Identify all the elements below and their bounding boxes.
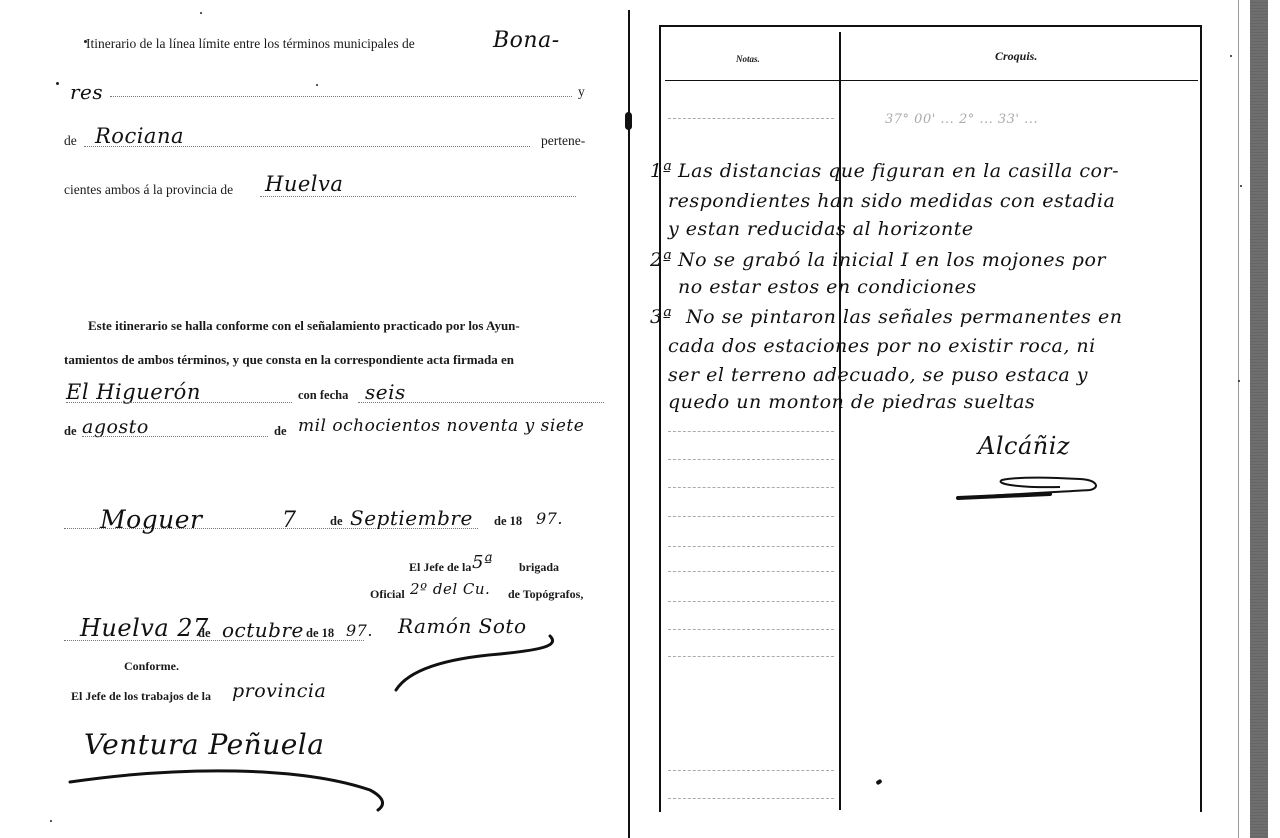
municipality1-handwritten-part1: Bona- <box>493 28 560 53</box>
note-number: 3ª <box>650 306 672 328</box>
fill-line <box>260 196 576 197</box>
jefe-trabajos-label: El Jefe de los trabajos de la <box>71 689 211 704</box>
province-handwritten: Huelva <box>265 172 343 196</box>
notas-ruled-line <box>668 546 834 547</box>
fill-line <box>66 402 292 403</box>
notas-ruled-line <box>668 798 834 799</box>
brigade-number-handwritten: 5ª <box>472 552 493 573</box>
year-prefix: de 18 <box>494 514 522 529</box>
signature-ventura-penuela: Ventura Peñuela <box>84 728 324 761</box>
province-intro-text: cientes ambos á la provincia de <box>64 182 233 198</box>
notas-ruled-line <box>668 656 834 657</box>
faint-coordinate-marking: 37° 00' ... 2° ... 33' ... <box>885 112 1038 127</box>
ink-mark <box>875 779 882 786</box>
de-label-2: de <box>274 424 287 439</box>
date-month-handwritten: Septiembre <box>350 506 473 530</box>
page-edge-shadow <box>1250 0 1268 838</box>
note-number: 1ª <box>650 160 672 182</box>
scan-speck <box>50 820 52 822</box>
note-line: respondientes han sido medidas con estad… <box>668 190 1115 212</box>
fill-line <box>82 436 268 437</box>
notas-ruled-line <box>668 601 834 602</box>
signature-flourish-icon <box>390 628 570 698</box>
signature-alcaniz: Alcáñiz <box>978 432 1070 460</box>
notas-column-header: Notas. <box>736 54 760 64</box>
provincia-handwritten: provincia <box>232 680 326 702</box>
de-label: de <box>64 133 77 149</box>
conjunction-y: y <box>578 84 585 100</box>
notas-ruled-line <box>668 516 834 517</box>
binding-ink-spot <box>625 112 632 130</box>
table-top-border <box>659 25 1201 27</box>
notas-ruled-line <box>668 459 834 460</box>
note-line: ser el terreno adecuado, se puso estaca … <box>668 364 1088 386</box>
note-line: quedo un monton de piedras sueltas <box>668 391 1035 413</box>
notas-ruled-line <box>668 571 834 572</box>
topografos-label: de Topógrafos, <box>508 587 583 602</box>
oficial-rank-handwritten: 2º del Cu. <box>410 580 490 598</box>
page-edge-line <box>1238 0 1239 838</box>
municipality1-handwritten-part2: res <box>70 80 103 104</box>
table-header-divider <box>665 80 1198 81</box>
scan-speck <box>200 12 202 14</box>
date-day-handwritten: 7 <box>282 508 297 533</box>
scan-speck <box>84 40 87 43</box>
itinerary-intro-text: Itinerario de la línea límite entre los … <box>86 36 415 52</box>
notas-ruled-line <box>668 487 834 488</box>
pertene-label: pertene- <box>541 133 585 149</box>
notas-ruled-line <box>668 629 834 630</box>
scan-speck <box>56 82 59 85</box>
con-fecha-label: con fecha <box>298 388 348 403</box>
de-label: de <box>198 626 211 641</box>
binding-line <box>628 10 630 838</box>
jefe-brigada-label-suffix: brigada <box>519 560 559 575</box>
fill-line <box>84 146 530 147</box>
acta-day-handwritten: seis <box>365 380 406 404</box>
huelva-date-handwritten: Huelva 27 <box>80 614 209 642</box>
note-line: Las distancias que figuran en la casilla… <box>678 160 1119 182</box>
note-line: No se pintaron las señales permanentes e… <box>686 306 1122 328</box>
acta-place-handwritten: El Higuerón <box>66 380 201 404</box>
acta-month-handwritten: agosto <box>82 416 149 438</box>
note-line: No se grabó la inicial I en los mojones … <box>678 249 1106 271</box>
notas-ruled-line <box>668 431 834 432</box>
scan-speck <box>316 84 318 86</box>
conformity-text-line2: tamientos de ambos términos, y que const… <box>64 352 514 368</box>
year-suffix-handwritten: 97. <box>536 509 563 528</box>
note-line: y estan reducidas al horizonte <box>668 218 974 240</box>
table-right-border <box>1200 25 1202 812</box>
month-handwritten: octubre <box>222 618 304 642</box>
signature-underline-flourish-icon <box>60 760 400 820</box>
scan-speck <box>1230 55 1232 57</box>
fill-line <box>358 402 604 403</box>
conformity-text-line1: Este itinerario se halla conforme con el… <box>88 318 520 334</box>
scan-speck <box>1240 185 1242 187</box>
table-column-divider <box>839 32 841 810</box>
year-prefix: de 18 <box>306 626 334 641</box>
municipality2-handwritten: Rociana <box>95 124 184 148</box>
year-suffix-handwritten: 97. <box>346 621 373 640</box>
signature-rubric-icon <box>950 470 1110 510</box>
notas-ruled-line <box>668 118 834 119</box>
acta-year-handwritten: mil ochocientos noventa y siete <box>298 416 584 436</box>
jefe-brigada-label-prefix: El Jefe de la <box>409 560 471 575</box>
oficial-label: Oficial <box>370 587 405 602</box>
scan-speck <box>1238 380 1240 382</box>
table-left-border <box>659 25 661 812</box>
note-line: cada dos estaciones por no existir roca,… <box>668 335 1096 357</box>
note-number: 2ª <box>650 249 672 271</box>
note-line: no estar estos en condiciones <box>678 276 977 298</box>
conforme-label: Conforme. <box>124 659 179 674</box>
moguer-handwritten: Moguer <box>100 505 203 534</box>
de-label: de <box>330 514 343 529</box>
croquis-column-header: Croquis. <box>995 49 1037 64</box>
fill-line <box>110 96 572 97</box>
de-label: de <box>64 424 77 439</box>
notas-ruled-line <box>668 770 834 771</box>
